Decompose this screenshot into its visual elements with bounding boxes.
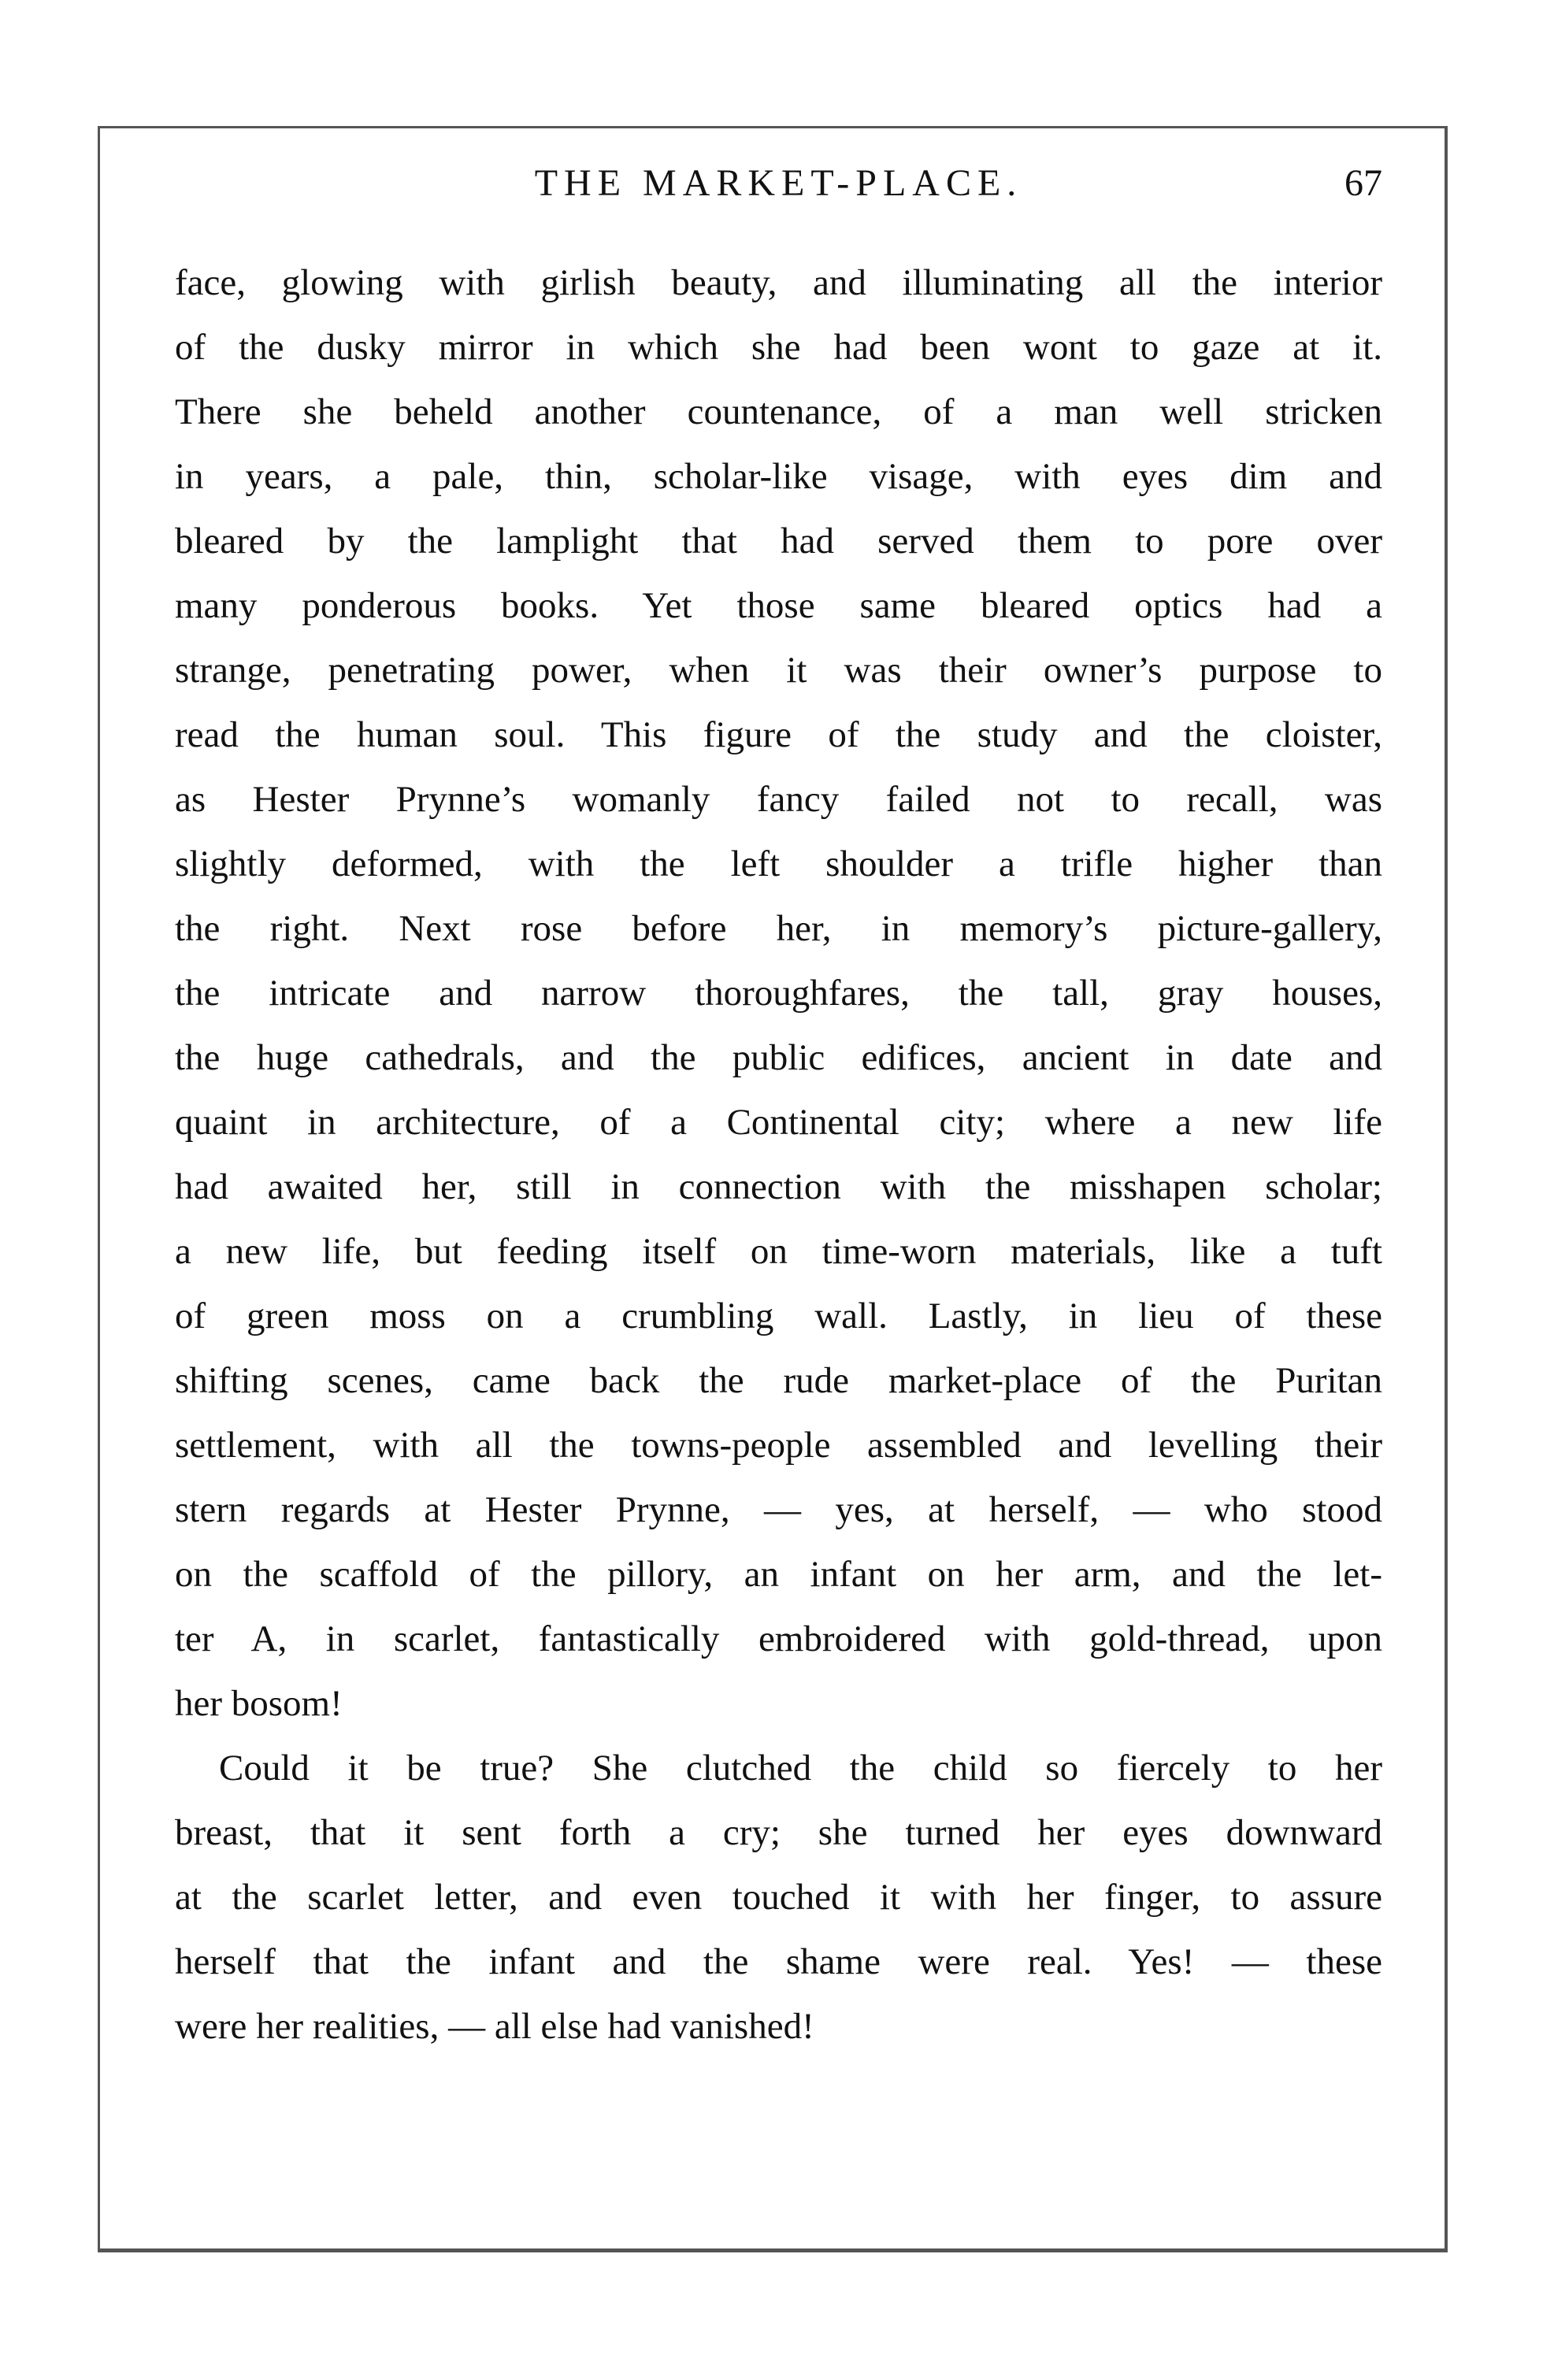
text-line: strange, penetrating power, when it was … [175, 638, 1382, 703]
text-line: read the human soul. This figure of the … [175, 703, 1382, 767]
text-line: were her realities, — all else had vanis… [175, 1994, 1382, 2059]
text-line: had awaited her, still in connection wit… [175, 1155, 1382, 1219]
text-line: as Hester Prynne’s womanly fancy failed … [175, 767, 1382, 832]
text-line: slightly deformed, with the left shoulde… [175, 832, 1382, 896]
text-line: shifting scenes, came back the rude mark… [175, 1348, 1382, 1413]
text-line: the right. Next rose before her, in memo… [175, 896, 1382, 961]
text-line: of green moss on a crumbling wall. Lastl… [175, 1284, 1382, 1348]
page-number: 67 [1344, 161, 1382, 205]
running-header: THE MARKET-PLACE. 67 [175, 161, 1382, 217]
text-line: a new life, but feeding itself on time-w… [175, 1219, 1382, 1284]
text-line: face, glowing with girlish beauty, and i… [175, 250, 1382, 315]
text-line: her bosom! [175, 1671, 1382, 1736]
text-line: of the dusky mirror in which she had bee… [175, 315, 1382, 380]
text-line: stern regards at Hester Prynne, — yes, a… [175, 1477, 1382, 1542]
text-line: the huge cathedrals, and the public edif… [175, 1025, 1382, 1090]
paragraph: Could it be true? She clutched the child… [175, 1736, 1382, 2059]
body-text: face, glowing with girlish beauty, and i… [175, 250, 1382, 2059]
text-line: at the scarlet letter, and even touched … [175, 1865, 1382, 1930]
text-line: There she beheld another countenance, of… [175, 380, 1382, 444]
text-line: herself that the infant and the shame we… [175, 1930, 1382, 1994]
running-head-title: THE MARKET-PLACE. [175, 161, 1382, 205]
paragraph: face, glowing with girlish beauty, and i… [175, 250, 1382, 1736]
text-line: quaint in architecture, of a Continental… [175, 1090, 1382, 1155]
text-line: settlement, with all the towns-people as… [175, 1413, 1382, 1477]
text-line: on the scaffold of the pillory, an infan… [175, 1542, 1382, 1607]
text-line: breast, that it sent forth a cry; she tu… [175, 1800, 1382, 1865]
text-line: many ponderous books. Yet those same ble… [175, 573, 1382, 638]
text-line: bleared by the lamplight that had served… [175, 509, 1382, 573]
text-line: the intricate and narrow thoroughfares, … [175, 961, 1382, 1025]
text-line: Could it be true? She clutched the child… [175, 1736, 1382, 1800]
text-line: in years, a pale, thin, scholar-like vis… [175, 444, 1382, 509]
text-line: ter A, in scarlet, fantastically embroid… [175, 1607, 1382, 1671]
